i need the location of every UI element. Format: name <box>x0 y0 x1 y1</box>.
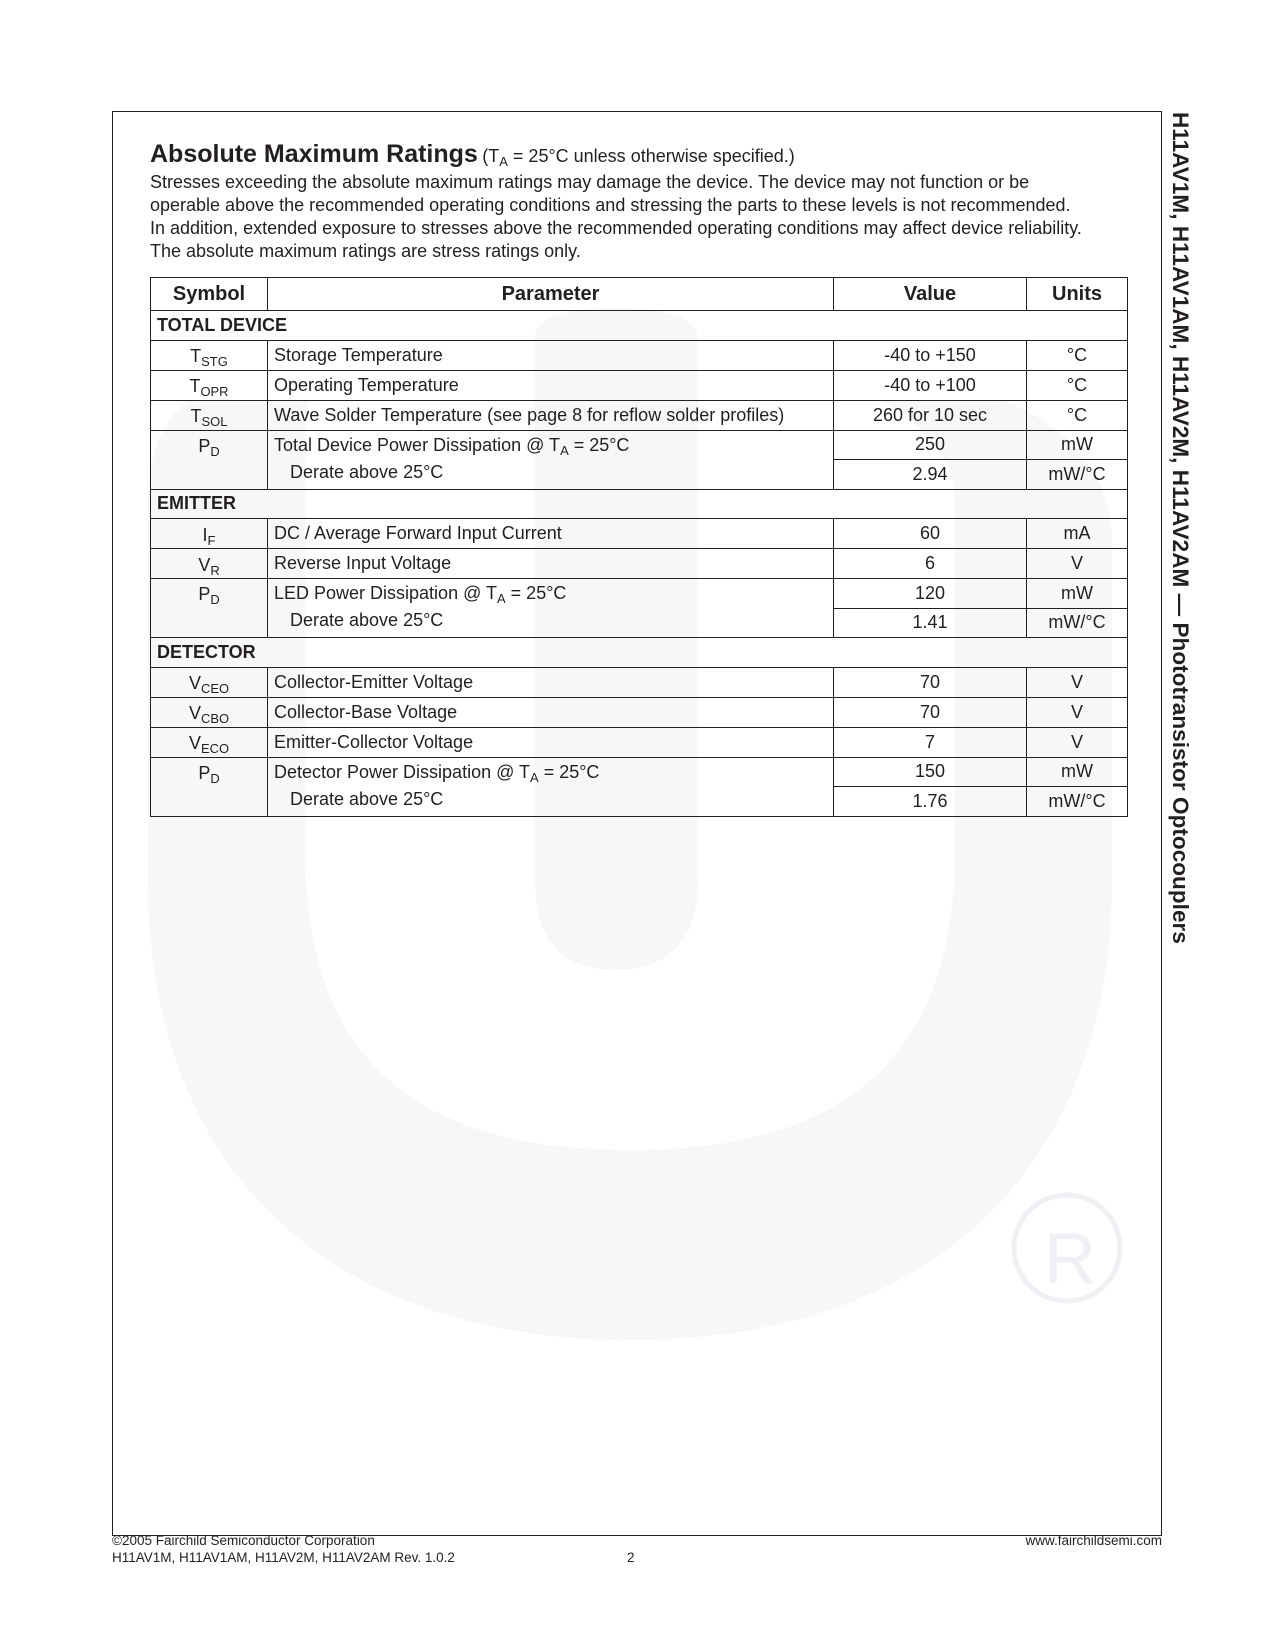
value-cell: 60 <box>834 519 1027 549</box>
section-condition: (TA = 25°C unless otherwise specified.) <box>482 146 794 166</box>
value-cell: 7 <box>834 727 1027 757</box>
unit-cell: mW <box>1027 757 1128 787</box>
intro-line: The absolute maximum ratings are stress … <box>150 240 1130 263</box>
footer-left: ©2005 Fairchild Semiconductor Corporatio… <box>112 1533 455 1566</box>
parameter-cell: LED Power Dissipation @ TA = 25°CDerate … <box>268 579 834 638</box>
parameter-cell: Operating Temperature <box>268 370 834 400</box>
parameter-cell: DC / Average Forward Input Current <box>268 519 834 549</box>
table-row: VCBOCollector-Base Voltage70V <box>151 697 1128 727</box>
parameter-cell: Collector-Emitter Voltage <box>268 667 834 697</box>
intro-line: In addition, extended exposure to stress… <box>150 217 1130 240</box>
side-document-title: H11AV1M, H11AV1AM, H11AV2M, H11AV2AM — P… <box>1165 112 1193 1025</box>
unit-cell: mW <box>1027 579 1128 609</box>
table-row: PDTotal Device Power Dissipation @ TA = … <box>151 430 1128 460</box>
section-label: TOTAL DEVICE <box>151 311 1128 341</box>
value-cell: 250 <box>834 430 1027 460</box>
section-title: Absolute Maximum Ratings (TA = 25°C unle… <box>150 140 795 169</box>
parameter-cell: Reverse Input Voltage <box>268 549 834 579</box>
header-parameter: Parameter <box>268 278 834 311</box>
derate-label: Derate above 25°C <box>274 460 833 489</box>
section-row: EMITTER <box>151 489 1128 519</box>
parameter-cell: Collector-Base Voltage <box>268 697 834 727</box>
table-body: TOTAL DEVICETSTGStorage Temperature-40 t… <box>151 311 1128 817</box>
value-cell: 120 <box>834 579 1027 609</box>
symbol-cell: PD <box>151 579 268 638</box>
side-title-text: H11AV1M, H11AV1AM, H11AV2M, H11AV2AM — P… <box>1167 112 1193 944</box>
table-header-row: Symbol Parameter Value Units <box>151 278 1128 311</box>
unit-cell: °C <box>1027 400 1128 430</box>
unit-cell: °C <box>1027 370 1128 400</box>
table-row: VRReverse Input Voltage6V <box>151 549 1128 579</box>
footer-part-revision: H11AV1M, H11AV1AM, H11AV2M, H11AV2AM Rev… <box>112 1550 455 1567</box>
footer-copyright: ©2005 Fairchild Semiconductor Corporatio… <box>112 1533 455 1550</box>
parameter-cell: Emitter-Collector Voltage <box>268 727 834 757</box>
symbol-cell: VCEO <box>151 667 268 697</box>
derate-label: Derate above 25°C <box>274 787 833 816</box>
footer-page-number: 2 <box>627 1550 635 1567</box>
value-cell: 6 <box>834 549 1027 579</box>
symbol-cell: PD <box>151 757 268 816</box>
value-cell: 2.94 <box>834 460 1027 490</box>
unit-cell: mW/°C <box>1027 787 1128 817</box>
section-label: EMITTER <box>151 489 1128 519</box>
table-row: IFDC / Average Forward Input Current60mA <box>151 519 1128 549</box>
value-cell: 70 <box>834 697 1027 727</box>
symbol-cell: TSOL <box>151 400 268 430</box>
value-cell: 1.41 <box>834 608 1027 638</box>
value-cell: 1.76 <box>834 787 1027 817</box>
unit-cell: mA <box>1027 519 1128 549</box>
table-row: TSTGStorage Temperature-40 to +150°C <box>151 340 1128 370</box>
parameter-cell: Total Device Power Dissipation @ TA = 25… <box>268 430 834 489</box>
section-heading: Absolute Maximum Ratings <box>150 140 478 168</box>
intro-line: Stresses exceeding the absolute maximum … <box>150 171 1130 194</box>
unit-cell: V <box>1027 727 1128 757</box>
section-row: TOTAL DEVICE <box>151 311 1128 341</box>
value-cell: 260 for 10 sec <box>834 400 1027 430</box>
value-cell: -40 to +100 <box>834 370 1027 400</box>
value-cell: 70 <box>834 667 1027 697</box>
absolute-maximum-ratings-table: Symbol Parameter Value Units TOTAL DEVIC… <box>150 277 1128 817</box>
value-cell: 150 <box>834 757 1027 787</box>
symbol-cell: TSTG <box>151 340 268 370</box>
intro-paragraph: Stresses exceeding the absolute maximum … <box>150 171 1130 263</box>
section-row: DETECTOR <box>151 638 1128 668</box>
unit-cell: mW <box>1027 430 1128 460</box>
intro-line: operable above the recommended operating… <box>150 194 1130 217</box>
table-row: TSOLWave Solder Temperature (see page 8 … <box>151 400 1128 430</box>
value-cell: -40 to +150 <box>834 340 1027 370</box>
parameter-cell: Wave Solder Temperature (see page 8 for … <box>268 400 834 430</box>
unit-cell: mW/°C <box>1027 460 1128 490</box>
unit-cell: °C <box>1027 340 1128 370</box>
header-symbol: Symbol <box>151 278 268 311</box>
unit-cell: V <box>1027 697 1128 727</box>
parameter-cell: Detector Power Dissipation @ TA = 25°CDe… <box>268 757 834 816</box>
table-row: VCEOCollector-Emitter Voltage70V <box>151 667 1128 697</box>
unit-cell: V <box>1027 667 1128 697</box>
section-label: DETECTOR <box>151 638 1128 668</box>
unit-cell: V <box>1027 549 1128 579</box>
symbol-cell: IF <box>151 519 268 549</box>
table-row: VECOEmitter-Collector Voltage7V <box>151 727 1128 757</box>
header-value: Value <box>834 278 1027 311</box>
symbol-cell: VECO <box>151 727 268 757</box>
symbol-cell: VCBO <box>151 697 268 727</box>
derate-label: Derate above 25°C <box>274 608 833 637</box>
parameter-cell: Storage Temperature <box>268 340 834 370</box>
unit-cell: mW/°C <box>1027 608 1128 638</box>
symbol-cell: TOPR <box>151 370 268 400</box>
header-units: Units <box>1027 278 1128 311</box>
table-row: PDLED Power Dissipation @ TA = 25°CDerat… <box>151 579 1128 609</box>
footer-website: www.fairchildsemi.com <box>1025 1533 1162 1550</box>
table-row: PDDetector Power Dissipation @ TA = 25°C… <box>151 757 1128 787</box>
table-row: TOPROperating Temperature-40 to +100°C <box>151 370 1128 400</box>
symbol-cell: VR <box>151 549 268 579</box>
symbol-cell: PD <box>151 430 268 489</box>
